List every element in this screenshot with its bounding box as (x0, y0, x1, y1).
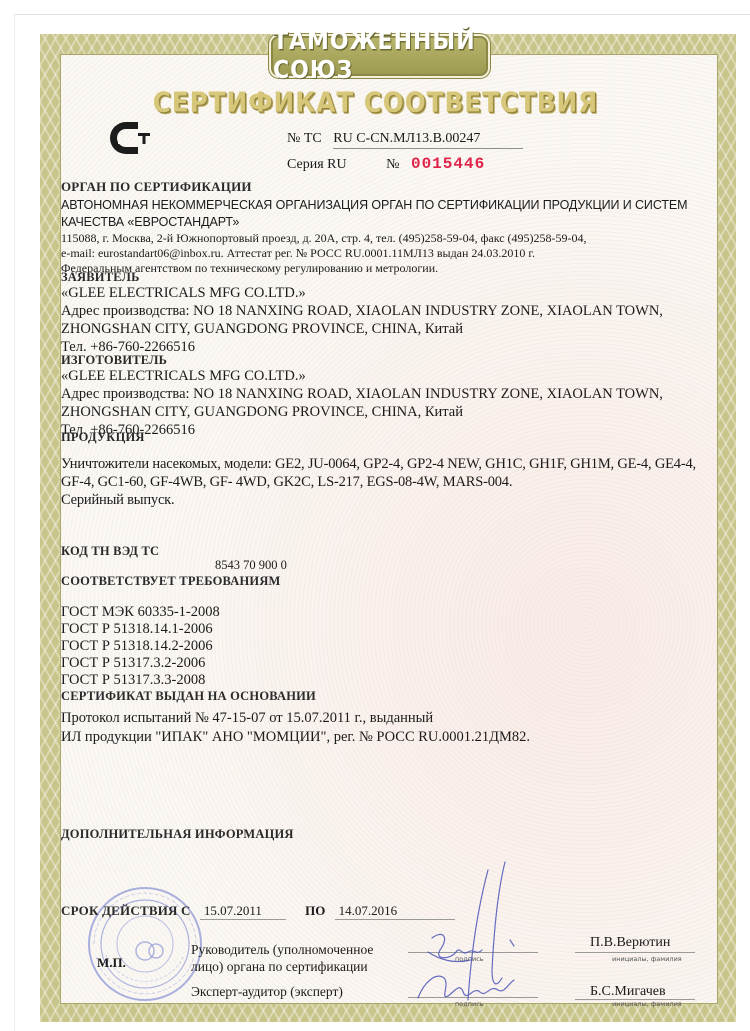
document-title: СЕРТИФИКАТ СООТВЕТСТВИЯ (152, 87, 597, 119)
series-label: Серия RU (287, 157, 347, 172)
expert-name-caption: инициалы, фамилия (612, 1000, 682, 1008)
expert-role: Эксперт-аудитор (эксперт) (191, 983, 343, 1000)
validity-from-label: СРОК ДЕЙСТВИЯ С (61, 903, 191, 918)
standard-item: ГОСТ Р 51318.14.1-2006 (61, 621, 281, 638)
applicant-heading: ЗАЯВИТЕЛЬ (61, 271, 663, 284)
manufacturer-company: «GLEE ELECTRICALS MFG CO.LTD.» (61, 367, 663, 385)
manufacturer-address-line2: ZHONGSHAN CITY, GUANGDONG PROVINCE, CHIN… (61, 403, 663, 421)
head-name-line (575, 952, 695, 953)
basis-line1: Протокол испытаний № 47-15-07 от 15.07.2… (61, 709, 530, 728)
applicant-address-line1: Адрес производства: NO 18 NANXING ROAD, … (61, 302, 663, 320)
manufacturer-address-line1: Адрес производства: NO 18 NANXING ROAD, … (61, 385, 663, 403)
head-name-caption: инициалы, фамилия (612, 955, 682, 963)
products-line1: Уничтожители насекомых, модели: GE2, JU-… (61, 455, 696, 473)
certification-body-name-line1: АВТОНОМНАЯ НЕКОММЕРЧЕСКАЯ ОРГАНИЗАЦИЯ ОР… (61, 197, 687, 214)
customs-union-label: ТАМОЖЕННЫЙ СОЮЗ (273, 27, 486, 85)
validity-row: СРОК ДЕЙСТВИЯ С 15.07.2011 ПО 14.07.2016 (61, 903, 455, 920)
standards-list: ГОСТ МЭК 60335-1-2008 ГОСТ Р 51318.14.1-… (61, 604, 281, 689)
document-title-wrap: СЕРТИФИКАТ СООТВЕТСТВИЯ (0, 88, 750, 118)
basis-section: СЕРТИФИКАТ ВЫДАН НА ОСНОВАНИИ Протокол и… (61, 688, 530, 747)
products-heading: ПРОДУКЦИЯ (61, 431, 696, 443)
cert-number-row: № ТС RU C-CN.МЛ13.В.00247 (287, 131, 523, 149)
additional-heading: ДОПОЛНИТЕЛЬНАЯ ИНФОРМАЦИЯ (61, 826, 294, 843)
tnved-section: КОД ТН ВЭД ТС (61, 543, 159, 560)
products-section: ПРОДУКЦИЯ Уничтожители насекомых, модели… (61, 431, 696, 509)
head-role-line2: лицо) органа по сертификации (191, 958, 373, 975)
cert-number-label: № ТС (287, 131, 322, 146)
certification-body-address: 115088, г. Москва, 2-й Южнопортовый прое… (61, 231, 687, 246)
requirements-section: СООТВЕТСТВУЕТ ТРЕБОВАНИЯМ ГОСТ МЭК 60335… (61, 573, 281, 689)
basis-line2: ИЛ продукции "ИПАК" АНО "МОМЦИИ", рег. №… (61, 728, 530, 747)
head-name: П.В.Верютин (590, 935, 670, 951)
certification-body-heading: ОРГАН ПО СЕРТИФИКАЦИИ (61, 178, 687, 195)
serial-label: № (386, 157, 399, 172)
products-line3: Серийный выпуск. (61, 491, 696, 509)
certification-body-email: e-mail: eurostandart06@inbox.ru. Аттеста… (61, 246, 687, 261)
applicant-address-line2: ZHONGSHAN CITY, GUANGDONG PROVINCE, CHIN… (61, 320, 663, 338)
standard-item: ГОСТ МЭК 60335-1-2008 (61, 604, 281, 621)
cert-number-value: RU C-CN.МЛ13.В.00247 (333, 131, 523, 149)
tnved-code: 8543 70 900 0 (215, 558, 287, 573)
svg-text:Р: Р (117, 131, 127, 148)
expert-name: Б.С.Мигачев (590, 984, 666, 1000)
manufacturer-heading: ИЗГОТОВИТЕЛЬ (61, 354, 663, 367)
standard-item: ГОСТ Р 51318.14.2-2006 (61, 638, 281, 655)
validity-from-date: 15.07.2011 (200, 903, 286, 920)
stamp-place-label: М.П. (97, 955, 126, 971)
manufacturer-section: ИЗГОТОВИТЕЛЬ «GLEE ELECTRICALS MFG CO.LT… (61, 354, 663, 439)
requirements-heading: СООТВЕТСТВУЕТ ТРЕБОВАНИЯМ (61, 573, 281, 590)
customs-union-badge: ТАМОЖЕННЫЙ СОЮЗ (271, 36, 488, 76)
serial-number: 0015446 (411, 155, 485, 173)
additional-section: ДОПОЛНИТЕЛЬНАЯ ИНФОРМАЦИЯ (61, 826, 294, 843)
basis-heading: СЕРТИФИКАТ ВЫДАН НА ОСНОВАНИИ (61, 688, 530, 705)
head-role-line1: Руководитель (уполномоченное (191, 941, 373, 958)
series-row: Серия RU № 0015446 (287, 155, 485, 173)
head-role: Руководитель (уполномоченное лицо) орган… (191, 941, 373, 975)
rst-mark-icon: Р (108, 120, 152, 156)
tnved-heading: КОД ТН ВЭД ТС (61, 543, 159, 560)
handwritten-signatures-icon (410, 860, 570, 1010)
validity-to-label: ПО (305, 903, 325, 918)
certification-body-section: ОРГАН ПО СЕРТИФИКАЦИИ АВТОНОМНАЯ НЕКОММЕ… (61, 178, 687, 276)
standard-item: ГОСТ Р 51317.3.3-2008 (61, 672, 281, 689)
standard-item: ГОСТ Р 51317.3.2-2006 (61, 655, 281, 672)
certification-body-name-line2: КАЧЕСТВА «ЕВРОСТАНДАРТ» (61, 214, 687, 231)
applicant-section: ЗАЯВИТЕЛЬ «GLEE ELECTRICALS MFG CO.LTD.»… (61, 271, 663, 356)
applicant-company: «GLEE ELECTRICALS MFG CO.LTD.» (61, 284, 663, 302)
products-line2: GF-4, GC1-60, GF-4WB, GF- 4WD, GK2C, LS-… (61, 473, 696, 491)
